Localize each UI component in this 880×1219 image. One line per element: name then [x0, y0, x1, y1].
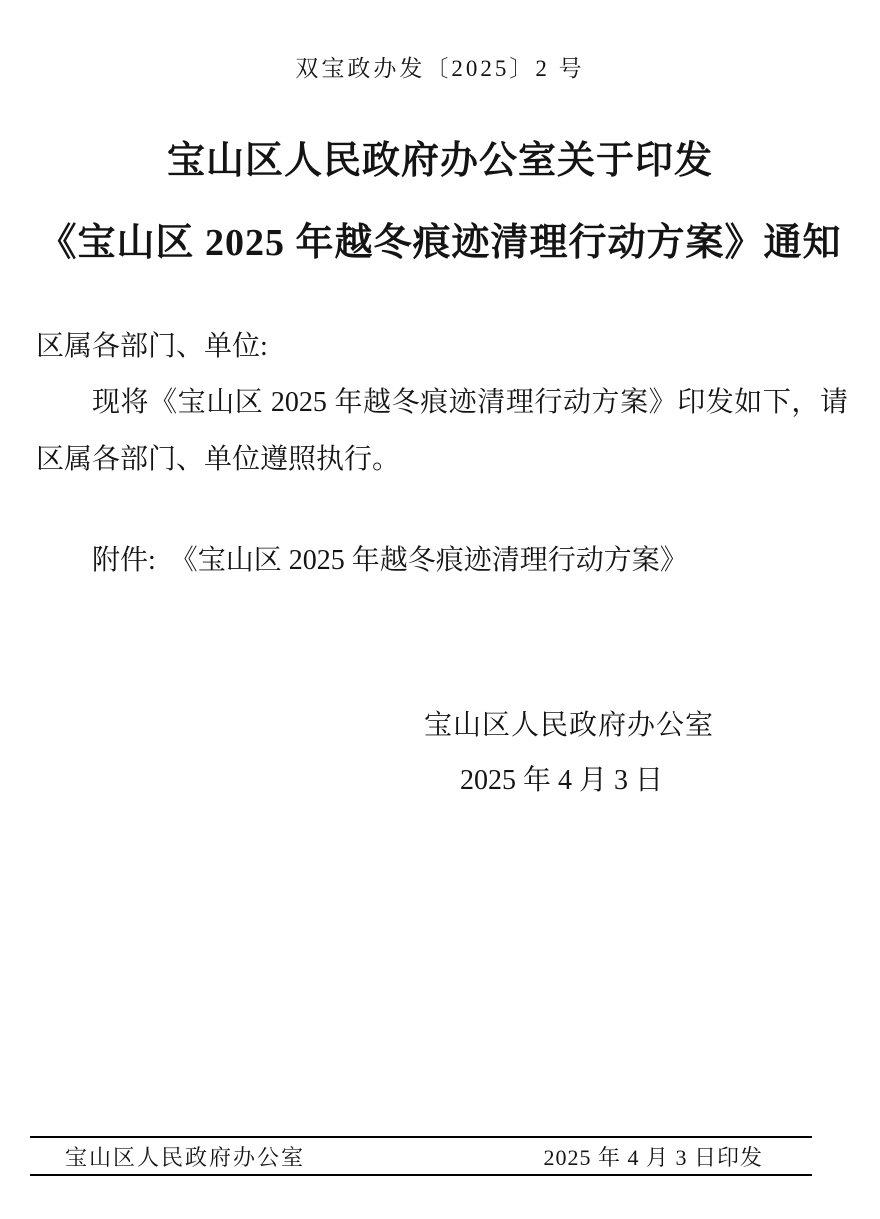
footer-row: 宝山区人民政府办公室 2025 年 4 月 3 日印发 — [30, 1138, 812, 1174]
document-page: 双宝政办发〔2025〕2 号 宝山区人民政府办公室关于印发 《宝山区 2025 … — [0, 0, 880, 1219]
attachment-line: 附件:《宝山区 2025 年越冬痕迹清理行动方案》 — [36, 532, 848, 589]
footer: 宝山区人民政府办公室 2025 年 4 月 3 日印发 — [30, 1136, 812, 1176]
signature-date: 2025 年 4 月 3 日 — [460, 752, 663, 809]
salutation: 区属各部门、单位: — [36, 318, 268, 375]
body-paragraph: 现将《宝山区 2025 年越冬痕迹清理行动方案》印发如下，请区属各部门、单位遵照… — [36, 374, 848, 488]
doc-title-line-2: 《宝山区 2025 年越冬痕迹清理行动方案》通知 — [0, 218, 880, 268]
signature-issuer: 宝山区人民政府办公室 — [424, 697, 714, 754]
footer-print-date: 2025 年 4 月 3 日印发 — [543, 1141, 763, 1172]
attachment-label: 附件: — [92, 545, 156, 576]
footer-issuer: 宝山区人民政府办公室 — [65, 1141, 305, 1172]
doc-title-line-1: 宝山区人民政府办公室关于印发 — [0, 136, 880, 186]
attachment-title: 《宝山区 2025 年越冬痕迹清理行动方案》 — [170, 545, 688, 576]
doc-number: 双宝政办发〔2025〕2 号 — [0, 52, 880, 86]
